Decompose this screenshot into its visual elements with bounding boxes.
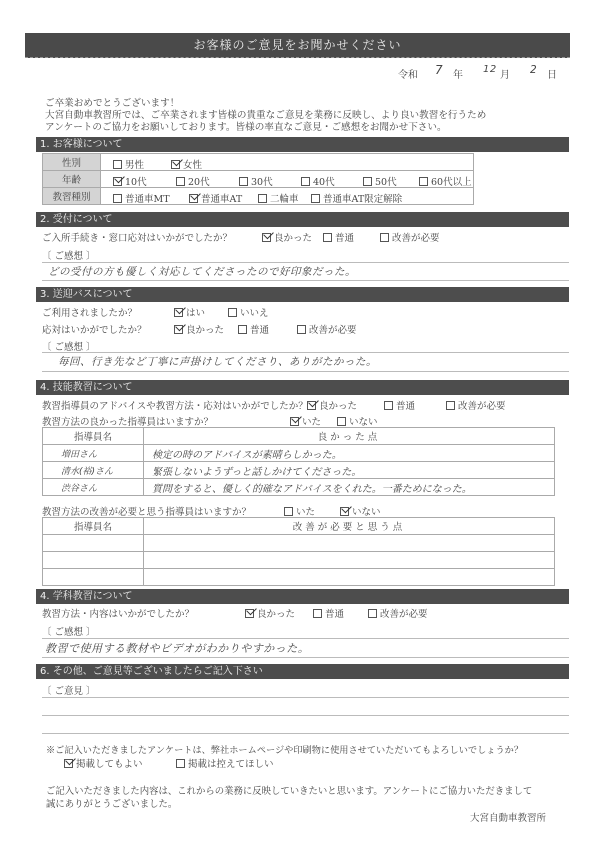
good-point-cell[interactable]: 緊張しないようずっと話しかけてくださった。 [144,462,555,479]
table-row: 清水(裕)さん 緊張しないようずっと話しかけてくださった。 [43,462,555,479]
good-point-cell[interactable]: 検定の時のアドバイスが素晴らしかった。 [144,445,555,462]
checkbox-classroom-needs-improvement[interactable]: 改善が必要 [368,606,428,620]
checkbox-reception-needs-improvement[interactable]: 改善が必要 [380,230,440,244]
section-heading-classroom-lessons: 4. 学科教習について [36,589,569,604]
bus-usage-question: ご利用されましたか？ [42,305,137,319]
instructor-name-cell[interactable]: 清水(裕)さん [43,462,144,479]
checkbox-icon [228,308,237,317]
other-comment-label: 〔 ご意見 〕 [42,683,96,697]
checkbox-bus-no[interactable]: いいえ [228,305,269,319]
checkbox-icon [301,177,310,186]
checkbox-icon [258,194,267,203]
intro-line-3: アンケートのご協力をお願いしております。皆様の率直なご意見・ご感想をお聞かせ下さ… [45,119,447,133]
checkbox-icon [380,233,389,242]
checkbox-checked-icon [245,609,254,618]
date-day-value[interactable]: 2 [530,64,537,76]
other-comment-line-2[interactable] [42,715,569,716]
checkbox-checked-icon [171,160,180,169]
checkbox-age-30s[interactable]: 30代 [239,174,273,188]
thanks-line-2: 誠にありがとうございました。 [46,796,177,810]
checkbox-icon [113,194,122,203]
gender-label: 性別 [43,154,101,171]
good-instructor-table: 指導員名 良かった点 増田さん 検定の時のアドバイスが素晴らしかった。 清水(裕… [42,427,555,496]
customer-info-table: 性別 男性 女性 年齢 10代 20代 30代 40代 50代 60代以上 教習… [42,153,474,205]
other-comment-line-3[interactable] [42,733,569,734]
checkbox-publish-decline[interactable]: 掲載は控えてほしい [176,756,274,770]
column-header-instructor: 指導員名 [43,428,144,445]
checkbox-icon [384,401,393,410]
divider [42,371,569,372]
section-heading-driving-lessons: 4. 技能教習について [36,380,569,395]
table-row [43,535,555,552]
instructor-name-cell[interactable] [43,552,144,569]
checkbox-standard-mt[interactable]: 普通車MT [113,191,170,205]
reception-comment-field[interactable]: どの受付の方も優しく対応してくださったので好印象だった。 [48,264,356,279]
checkbox-instructor-normal[interactable]: 普通 [384,398,415,412]
reception-comment-label: 〔 ご感想 〕 [42,248,96,262]
improve-instructor-question: 教習方法の改善が必要と思う指導員はいますか？ [42,504,251,518]
instructor-advice-question: 教習指導員のアドバイスや教習方法・応対はいかがでしたか？ [42,398,308,412]
checkbox-classroom-good[interactable]: 良かった [245,606,295,620]
thanks-line-1: ご記入いただきました内容は、これからの業務に反映していきたいと思います。アンケー… [46,783,532,797]
form-title: お客様のご意見をお聞かせください [25,33,570,58]
course-type-row: 教習種別 普通車MT 普通車AT 二輪車 普通車AT限定解除 [43,188,474,205]
checkbox-icon [323,233,332,242]
signature: 大宮自動車教習所 [470,810,546,824]
checkbox-icon [368,609,377,618]
section-heading-other-comments: 6. その他、ご意見等ございましたらご記入下さい [36,664,569,679]
table-header-row: 指導員名 良かった点 [43,428,555,445]
checkbox-motorcycle[interactable]: 二輪車 [258,191,299,205]
divider [42,352,569,353]
date-year-unit: 年 [453,66,463,81]
good-instructor-question: 教習方法の良かった指導員はいますか？ [42,414,213,428]
checkbox-female[interactable]: 女性 [171,157,202,171]
divider [42,262,569,263]
good-point-cell[interactable]: 質問をすると、優しく的確なアドバイスをくれた。一番ためになった。 [144,479,555,496]
checkbox-age-50s[interactable]: 50代 [363,174,397,188]
checkbox-male[interactable]: 男性 [113,157,144,171]
checkbox-checked-icon [174,325,183,334]
course-type-label: 教習種別 [43,188,101,205]
improvement-point-cell[interactable] [144,535,555,552]
checkbox-age-40s[interactable]: 40代 [301,174,335,188]
checkbox-bus-good[interactable]: 良かった [174,322,224,336]
checkbox-icon [284,507,293,516]
divider [42,280,569,281]
classroom-comment-label: 〔 ご感想 〕 [42,624,96,638]
divider [42,638,569,639]
improve-instructor-table: 指導員名 改善が必要と思う点 [42,517,555,586]
checkbox-good-instructor-yes[interactable]: いた [290,414,321,428]
reception-question: ご入所手続き・窓口応対はいかがでしたか？ [42,230,232,244]
date-year-value[interactable]: 7 [435,63,443,77]
checkbox-instructor-good[interactable]: 良かった [307,398,357,412]
checkbox-publish-ok[interactable]: 掲載してもよい [64,756,143,770]
section-heading-shuttle-bus: 3. 送迎バスについて [36,287,569,302]
publish-permission-question: ※ご記入いただきましたアンケートは、弊社ホームページや印刷物に使用させていただい… [46,742,523,756]
checkbox-icon [239,177,248,186]
divider [42,657,569,658]
checkbox-bus-normal[interactable]: 普通 [238,322,269,336]
checkbox-icon [446,401,455,410]
date-month-value[interactable]: 12 [483,64,497,75]
bus-comment-field[interactable]: 毎回、行き先など丁寧に声掛けしてくださり、ありがたかった。 [58,354,377,369]
checkbox-checked-icon [307,401,316,410]
checkbox-icon [176,177,185,186]
checkbox-classroom-normal[interactable]: 普通 [313,606,344,620]
checkbox-icon [363,177,372,186]
checkbox-age-10s[interactable]: 10代 [113,174,147,188]
checkbox-age-60s-plus[interactable]: 60代以上 [419,174,472,188]
checkbox-checked-icon [113,177,122,186]
checkbox-at-limit-removal[interactable]: 普通車AT限定解除 [311,191,402,205]
instructor-name-cell[interactable] [43,569,144,586]
bus-comment-label: 〔 ご感想 〕 [42,339,96,353]
checkbox-icon [311,194,320,203]
checkbox-icon [297,325,306,334]
column-header-instructor: 指導員名 [43,518,144,535]
classroom-question: 教習方法・内容はいかがでしたか？ [42,606,194,620]
checkbox-icon [238,325,247,334]
checkbox-improve-instructor-no[interactable]: いない [340,504,381,518]
date-era: 令和 [398,66,418,81]
checkbox-good-instructor-no[interactable]: いない [337,414,378,428]
checkbox-checked-icon [64,759,73,768]
checkbox-icon [337,417,346,426]
checkbox-age-20s[interactable]: 20代 [176,174,210,188]
checkbox-instructor-needs-improvement[interactable]: 改善が必要 [446,398,506,412]
table-header-row: 指導員名 改善が必要と思う点 [43,518,555,535]
checkbox-checked-icon [290,417,299,426]
improvement-point-cell[interactable] [144,552,555,569]
checkbox-reception-good[interactable]: 良かった [262,230,312,244]
date-day-unit: 日 [547,66,557,81]
classroom-comment-field[interactable]: 教習で使用する教材やビデオがわかりやすかった。 [45,640,309,656]
bus-service-question: 応対はいかがでしたか？ [42,322,147,336]
instructor-name-cell[interactable]: 増田さん [43,445,144,462]
gender-row: 性別 男性 女性 [43,154,474,171]
section-heading-reception: 2. 受付について [36,212,569,227]
table-row: 増田さん 検定の時のアドバイスが素晴らしかった。 [43,445,555,462]
table-row [43,569,555,586]
instructor-name-cell[interactable] [43,535,144,552]
age-row: 年齢 10代 20代 30代 40代 50代 60代以上 [43,171,474,188]
checkbox-icon [113,160,122,169]
checkbox-improve-instructor-yes[interactable]: いた [284,504,315,518]
table-row: 渋谷さん 質問をすると、優しく的確なアドバイスをくれた。一番ためになった。 [43,479,555,496]
checkbox-checked-icon [340,507,349,516]
table-row [43,552,555,569]
checkbox-icon [313,609,322,618]
checkbox-icon [419,177,428,186]
date-month-unit: 月 [500,66,510,81]
improvement-point-cell[interactable] [144,569,555,586]
checkbox-bus-needs-improvement[interactable]: 改善が必要 [297,322,357,336]
checkbox-checked-icon [174,308,183,317]
checkbox-icon [176,759,185,768]
checkbox-bus-yes[interactable]: はい [174,305,205,319]
checkbox-reception-normal[interactable]: 普通 [323,230,354,244]
checkbox-checked-icon [189,194,198,203]
section-heading-customer: 1. お客様について [36,137,569,152]
instructor-name-cell[interactable]: 渋谷さん [43,479,144,496]
other-comment-line-1[interactable] [42,697,569,698]
column-header-good-points: 良かった点 [144,428,555,445]
checkbox-checked-icon [262,233,271,242]
age-label: 年齢 [43,171,101,188]
checkbox-standard-at[interactable]: 普通車AT [189,191,242,205]
column-header-improvement-points: 改善が必要と思う点 [144,518,555,535]
